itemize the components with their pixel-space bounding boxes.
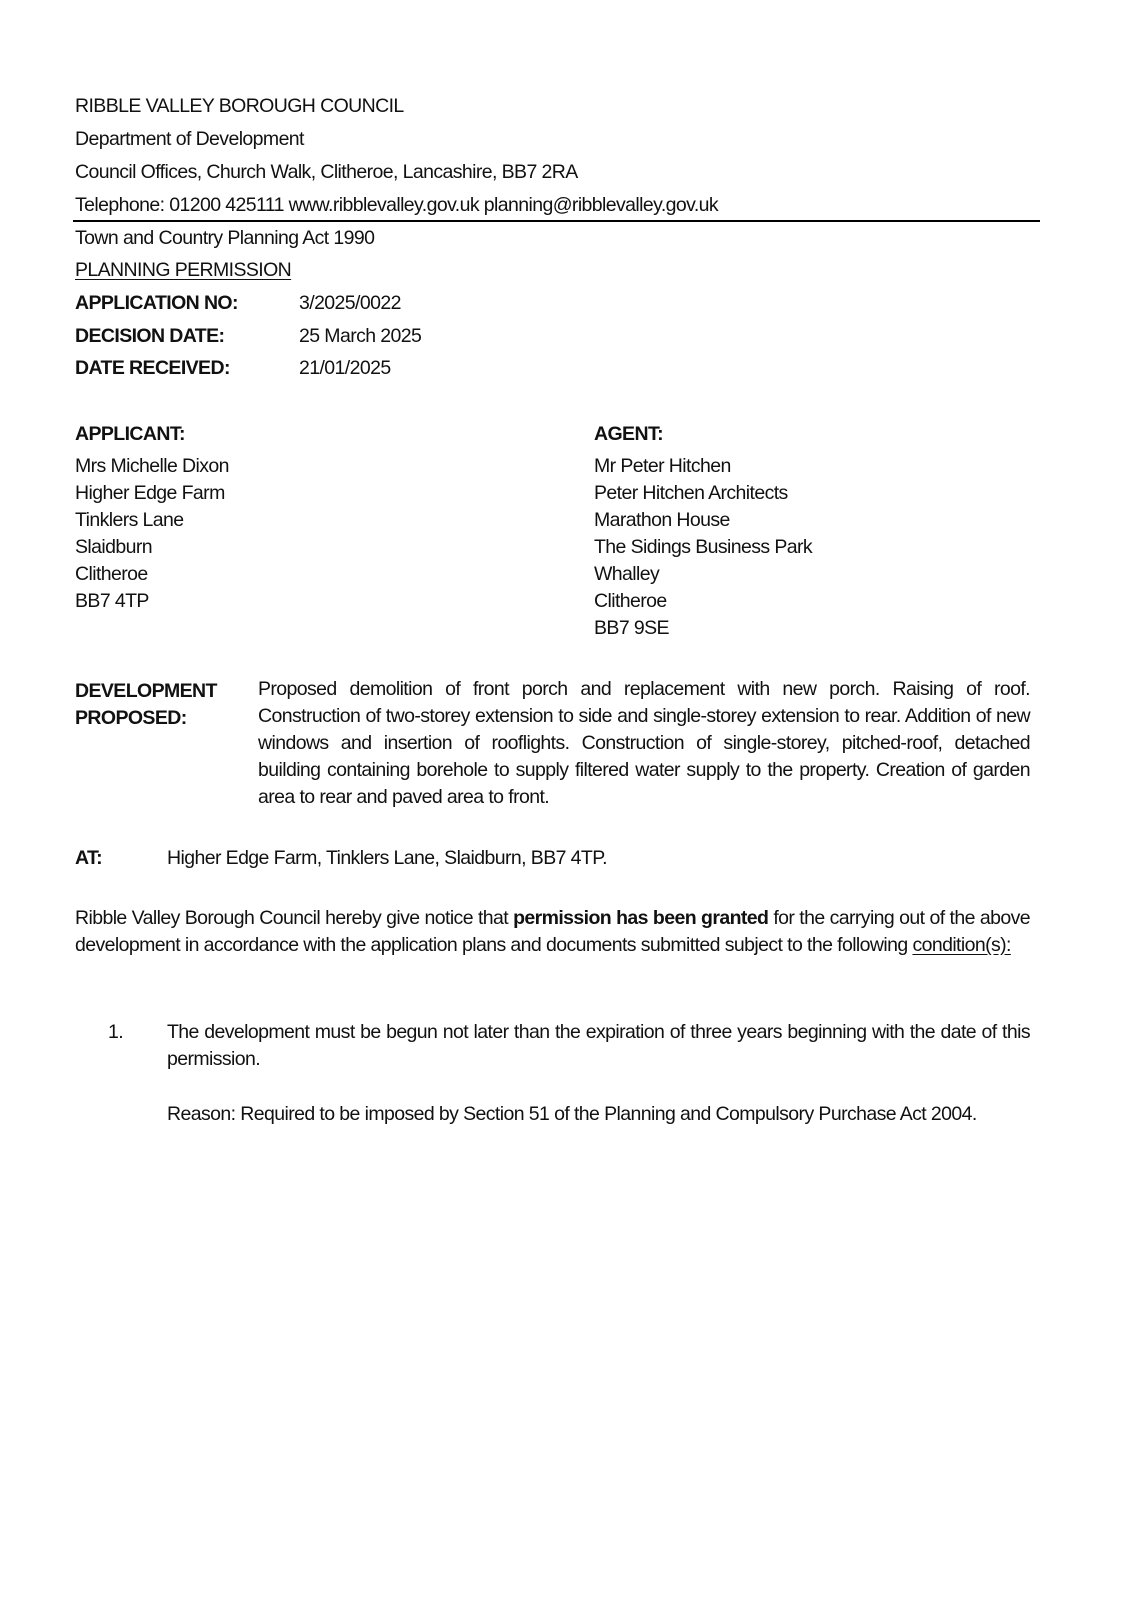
header-divider <box>73 220 1040 222</box>
agent-address: Mr Peter Hitchen Peter Hitchen Architect… <box>594 453 812 642</box>
notice-prefix: Ribble Valley Borough Council hereby giv… <box>75 907 513 929</box>
applicant-line: Mrs Michelle Dixon <box>75 453 229 480</box>
applicant-line: Higher Edge Farm <box>75 480 229 507</box>
agent-line: Clitheroe <box>594 588 812 615</box>
decision-date-value: 25 March 2025 <box>299 325 421 348</box>
act-title: Town and Country Planning Act 1990 <box>75 227 374 250</box>
council-name: RIBBLE VALLEY BOROUGH COUNCIL <box>75 95 404 118</box>
applicant-label: APPLICANT: <box>75 423 185 446</box>
agent-line: The Sidings Business Park <box>594 534 812 561</box>
application-no-value: 3/2025/0022 <box>299 292 401 315</box>
applicant-line: Clitheroe <box>75 561 229 588</box>
applicant-address: Mrs Michelle Dixon Higher Edge Farm Tink… <box>75 453 229 615</box>
applicant-line: Tinklers Lane <box>75 507 229 534</box>
development-label-line1: DEVELOPMENT <box>75 678 217 705</box>
agent-line: Peter Hitchen Architects <box>594 480 812 507</box>
development-label: DEVELOPMENT PROPOSED: <box>75 678 217 732</box>
development-label-line2: PROPOSED: <box>75 705 217 732</box>
condition-reason: Reason: Required to be imposed by Sectio… <box>167 1101 1030 1128</box>
agent-line: Marathon House <box>594 507 812 534</box>
document-type: PLANNING PERMISSION <box>75 259 291 282</box>
decision-date-label: DECISION DATE: <box>75 325 224 348</box>
permission-notice: Ribble Valley Borough Council hereby giv… <box>75 905 1030 959</box>
condition-text: The development must be begun not later … <box>167 1019 1030 1073</box>
conditions-heading: condition(s): <box>912 934 1010 956</box>
notice-emphasis: permission has been granted <box>513 907 768 929</box>
date-received-value: 21/01/2025 <box>299 357 391 380</box>
applicant-line: Slaidburn <box>75 534 229 561</box>
agent-line: Mr Peter Hitchen <box>594 453 812 480</box>
planning-permission-document: RIBBLE VALLEY BOROUGH COUNCIL Department… <box>0 0 1131 1600</box>
agent-line: BB7 9SE <box>594 615 812 642</box>
application-no-label: APPLICATION NO: <box>75 292 238 315</box>
site-address: Higher Edge Farm, Tinklers Lane, Slaidbu… <box>167 847 607 870</box>
condition-number: 1. <box>108 1021 123 1044</box>
council-address: Council Offices, Church Walk, Clitheroe,… <box>75 161 578 184</box>
applicant-line: BB7 4TP <box>75 588 229 615</box>
agent-label: AGENT: <box>594 423 663 446</box>
site-label: AT: <box>75 847 102 870</box>
agent-line: Whalley <box>594 561 812 588</box>
department-name: Department of Development <box>75 128 304 151</box>
date-received-label: DATE RECEIVED: <box>75 357 230 380</box>
contact-details: Telephone: 01200 425111 www.ribblevalley… <box>75 194 718 217</box>
development-description: Proposed demolition of front porch and r… <box>258 676 1030 811</box>
